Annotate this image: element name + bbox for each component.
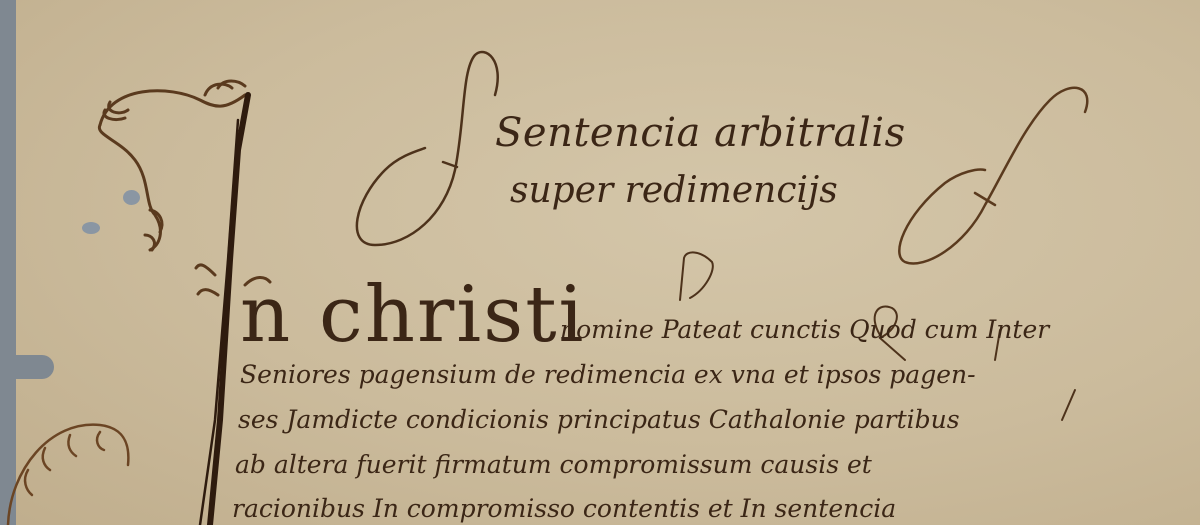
first-line-continuation: nomine Pateat cunctis Quod cum Inter xyxy=(560,315,1049,344)
scroll-flourish-icon xyxy=(8,425,128,525)
decorative-flourishes xyxy=(0,0,1200,525)
body-line-4: racionibus In compromisso contentis et I… xyxy=(232,494,896,523)
body-line-1: Seniores pagensium de redimencia ex vna … xyxy=(240,360,976,389)
body-line-3: ab altera fuerit firmatum compromissum c… xyxy=(235,450,872,479)
flourish-s-right-icon xyxy=(899,88,1087,264)
opening-words: n christi xyxy=(240,270,586,360)
flourish-s-left-icon xyxy=(357,52,498,245)
heading-line-2: super redimencijs xyxy=(510,170,838,211)
heading-line-1: Sentencia arbitralis xyxy=(495,110,906,156)
body-line-2: ses Jamdicte condicionis principatus Cat… xyxy=(238,405,960,434)
